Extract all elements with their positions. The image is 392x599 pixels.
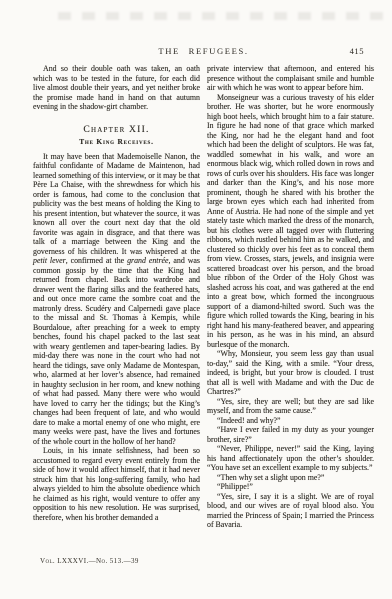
paragraph-dialogue-king-4: “Philippe!”: [207, 482, 374, 492]
paragraph-oath: And so their double oath was taken, an o…: [33, 64, 200, 112]
chapter-subheading: The King Receives.: [33, 137, 200, 146]
running-header: THE REFUGEES. 415: [33, 46, 374, 58]
paragraph-dialogue-king-2: “Indeed! and why?”: [207, 416, 374, 426]
right-column: private interview that afternoon, and en…: [207, 64, 374, 530]
book-page: THE REFUGEES. 415 And so their double oa…: [0, 0, 392, 599]
page-title: THE REFUGEES.: [33, 46, 374, 56]
paragraph-dialogue-philippe-1: “Yes, sire, they are well; but they are …: [207, 397, 374, 416]
paragraph-monseigneur-description: Monseigneur was a curious travesty of hi…: [207, 93, 374, 350]
paragraph-dialogue-philippe-4: “Yes, sire, I say it is a slight. We are…: [207, 492, 374, 530]
page-number: 415: [350, 46, 364, 56]
paragraph-louis-selfishness: Louis, in his innate selfishness, had be…: [33, 446, 200, 522]
paragraph-court-news: It may have been that Mademoiselle Nanon…: [33, 152, 200, 447]
paragraph-dialogue-king-1: “Why, Monsieur, you seem less gay than u…: [207, 349, 374, 397]
scan-ghost-artifact: [58, 12, 388, 20]
volume-footnote: Vol. LXXXVI.—No. 513.—39: [40, 557, 139, 565]
paragraph-dialogue-king-3: “Never, Philippe, never!” said the King,…: [207, 444, 374, 473]
paragraph-dialogue-philippe-2: “Have I ever failed in my duty as your y…: [207, 425, 374, 444]
text-columns: And so their double oath was taken, an o…: [33, 64, 374, 530]
left-column: And so their double oath was taken, an o…: [33, 64, 200, 530]
chapter-heading: Chapter XII.: [33, 124, 200, 135]
paragraph-dialogue-philippe-3: “Then why set a slight upon me?”: [207, 473, 374, 483]
paragraph-private-interview: private interview that afternoon, and en…: [207, 64, 374, 93]
